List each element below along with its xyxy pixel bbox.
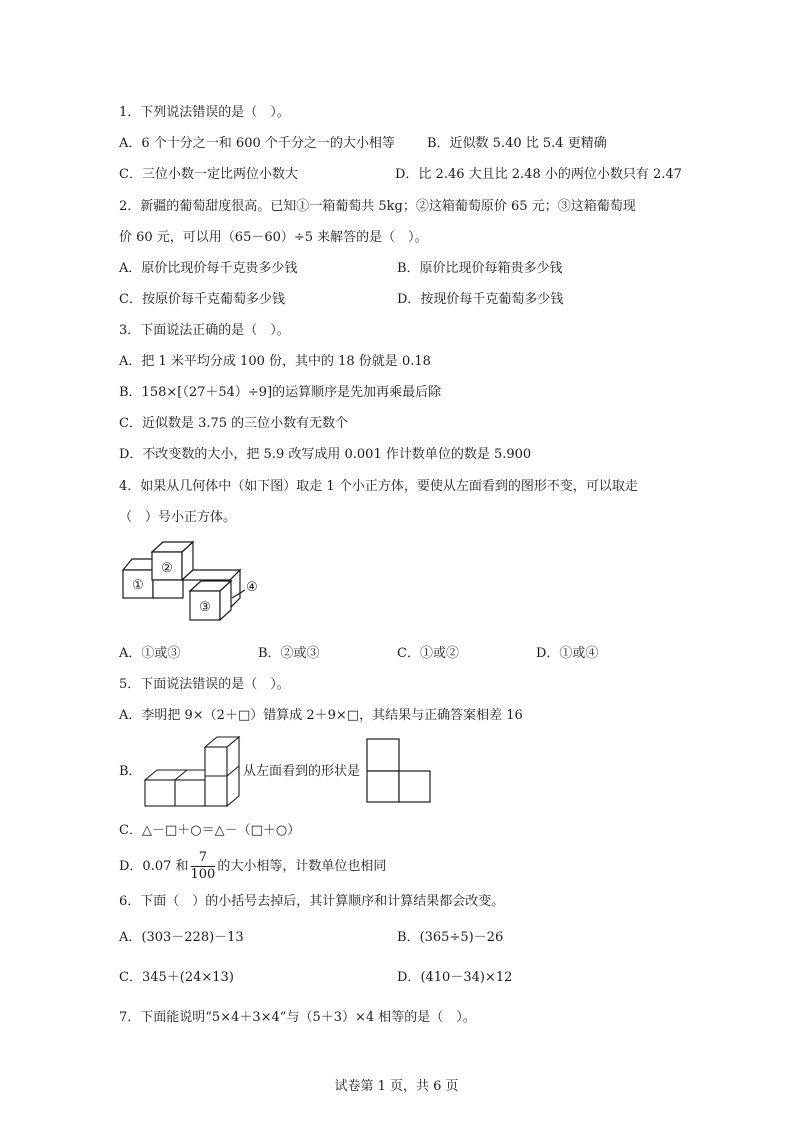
q5-option-b-label: B． — [119, 763, 142, 781]
question-stem-line1: 新疆的葡萄甜度很高。已知①一箱葡萄共 5kg；②这箱葡萄原价 65 元；③这箱葡… — [140, 199, 635, 214]
cube-label-4: ④ — [246, 580, 258, 595]
q6-option-a: A．(303－228)－13 — [119, 929, 244, 947]
question-number: 7． — [119, 1010, 140, 1025]
question-7: 7．下面能说明“5×4＋3×4”与（5＋3）×4 相等的是（ ）。 — [119, 1009, 476, 1027]
q3-option-a: A．把 1 米平均分成 100 份，其中的 18 份就是 0.18 — [119, 353, 431, 371]
q1-option-d: D．比 2.46 大且比 2.48 小的两位小数只有 2.47 — [395, 166, 682, 184]
q6-option-d: D．(410－34)×12 — [397, 969, 512, 987]
q6-option-b: B．(365÷5)－26 — [397, 929, 503, 947]
question-5: 5．下面说法错误的是（ ）。 — [119, 676, 290, 694]
q5-d-suffix: 的大小相等，计数单位也相同 — [217, 859, 386, 874]
expression: 345＋(24×13) — [142, 970, 234, 985]
question-stem: 下列说法错误的是（ ）。 — [140, 105, 290, 120]
question-4-line2: （ ）号小正方体。 — [119, 509, 236, 527]
q1-option-c: C．三位小数一定比两位小数大 — [119, 166, 298, 184]
page-footer: 试卷第 1 页，共 6 页 — [0, 1078, 793, 1096]
question-stem: 下面能说明“5×4＋3×4”与（5＋3）×4 相等的是（ ）。 — [140, 1010, 476, 1025]
question-number: 6． — [119, 894, 140, 909]
question-number: 1． — [119, 105, 140, 120]
fraction-7-100: 7100 — [191, 850, 216, 883]
q5-option-d: D．0.07 和7100的大小相等，计数单位也相同 — [119, 850, 386, 883]
expression: (303－228)－13 — [141, 930, 243, 945]
question-2-line2: 价 60 元，可以用（65－60）÷5 来解答的是（ ）。 — [119, 229, 428, 247]
q2-option-b: B．原价比现价每箱贵多少钱 — [397, 260, 563, 278]
q3-option-b: B．158×[（27＋54）÷9]的运算顺序是先加再乘最后除 — [119, 384, 441, 402]
question-4: 4．如果从几何体中（如下图）取走 1 个小正方体，要使从左面看到的图形不变，可以… — [119, 478, 638, 496]
q2-option-a: A．原价比现价每千克贵多少钱 — [119, 260, 297, 278]
q5-option-a: A．李明把 9×（2＋□）错算成 2＋9×□，其结果与正确答案相差 16 — [119, 707, 523, 725]
question-6: 6．下面（ ）的小括号去掉后，其计算顺序和计算结果都会改变。 — [119, 893, 504, 911]
question-number: 3． — [119, 323, 140, 338]
question-number: 4． — [119, 479, 140, 494]
q5-d-prefix: D．0.07 和 — [119, 859, 189, 874]
q4-option-c: C．①或② — [397, 645, 459, 663]
cube-figure: ① ② ③ ④ — [120, 540, 260, 630]
question-stem: 下面说法错误的是（ ）。 — [140, 677, 290, 692]
expression: (410－34)×12 — [420, 970, 512, 985]
q6-option-c: C．345＋(24×13) — [119, 969, 234, 987]
question-stem: 下面（ ）的小括号去掉后，其计算顺序和计算结果都会改变。 — [140, 894, 504, 909]
expression: (365÷5)－26 — [420, 930, 504, 945]
question-number: 2． — [119, 199, 140, 214]
q3-option-c: C．近似数是 3.75 的三位小数有无数个 — [119, 415, 348, 433]
q1-option-b: B．近似数 5.40 比 5.4 更精确 — [427, 135, 607, 153]
q4-option-a: A．①或③ — [119, 645, 180, 663]
q5-option-c: C．△－□＋○＝△－（□＋○） — [119, 822, 300, 840]
q5-option-b-text: 从左面看到的形状是 — [243, 763, 360, 781]
question-2: 2．新疆的葡萄甜度很高。已知①一箱葡萄共 5kg；②这箱葡萄原价 65 元；③这… — [119, 198, 636, 216]
question-stem-line1: 如果从几何体中（如下图）取走 1 个小正方体，要使从左面看到的图形不变，可以取走 — [140, 479, 638, 494]
cube-label-3: ③ — [199, 600, 211, 615]
question-number: 5． — [119, 677, 140, 692]
cube-label-1: ① — [132, 578, 144, 593]
question-stem: 下面说法正确的是（ ）。 — [140, 323, 290, 338]
q2-option-c: C．按原价每千克葡萄多少钱 — [119, 291, 285, 309]
cube-label-2: ② — [161, 561, 173, 576]
question-1: 1．下列说法错误的是（ ）。 — [119, 104, 290, 122]
q2-option-d: D．按现价每千克葡萄多少钱 — [397, 291, 563, 309]
question-3: 3．下面说法正确的是（ ）。 — [119, 322, 290, 340]
q4-option-d: D．①或④ — [536, 645, 598, 663]
q5-b-left-view — [366, 738, 432, 804]
q5-b-solid-figure — [143, 735, 243, 807]
q4-option-b: B．②或③ — [258, 645, 320, 663]
q1-option-a: A．6 个十分之一和 600 个千分之一的大小相等 — [119, 135, 395, 153]
q3-option-d: D．不改变数的大小，把 5.9 改写成用 0.001 作计数单位的数是 5.90… — [119, 446, 531, 464]
